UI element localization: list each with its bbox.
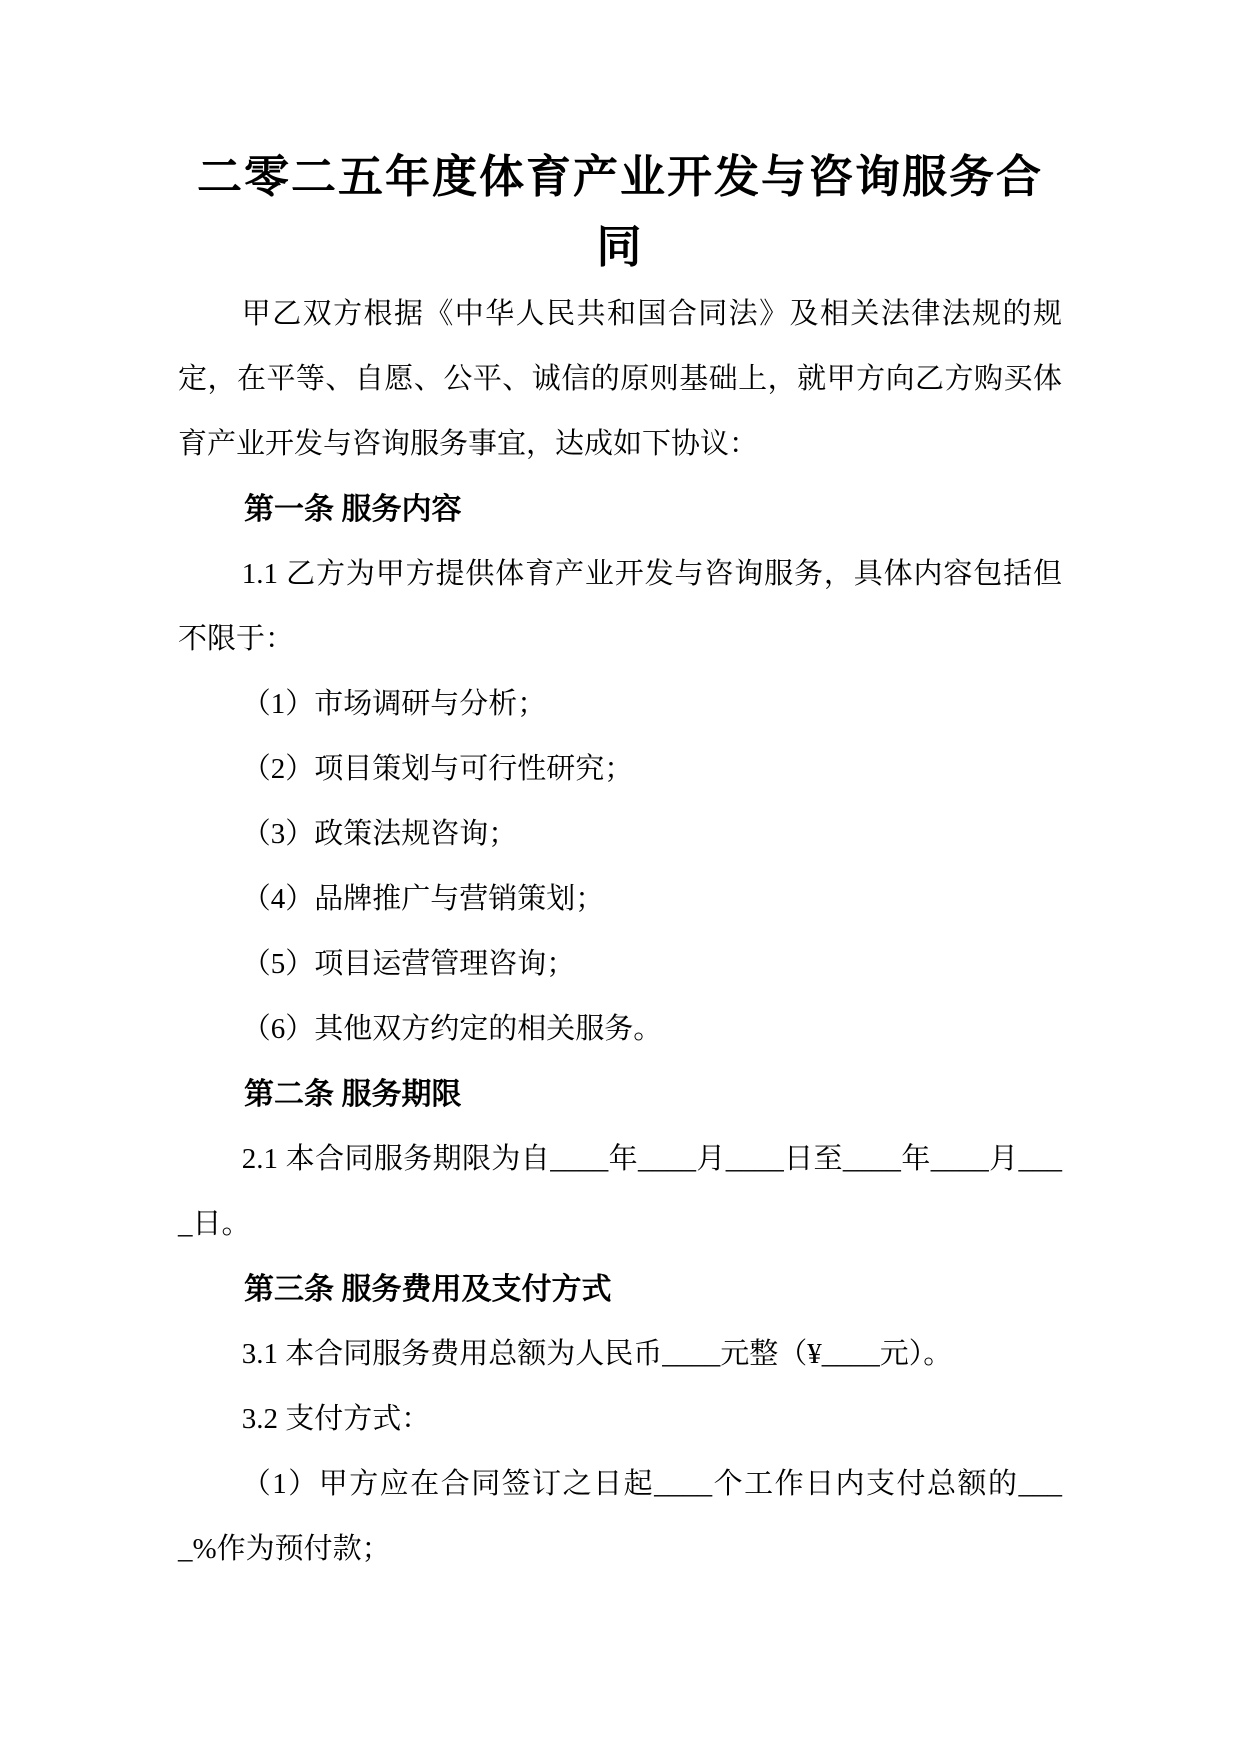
clause-3-1-paragraph: 3.1 本合同服务费用总额为人民币____元整（¥____元）。 bbox=[178, 1322, 1062, 1387]
service-list-item-5: （5）项目运营管理咨询； bbox=[178, 932, 1062, 997]
section-1-heading: 第一条 服务内容 bbox=[178, 477, 1062, 542]
service-list-item-6: （6）其他双方约定的相关服务。 bbox=[178, 997, 1062, 1062]
section-3-heading: 第三条 服务费用及支付方式 bbox=[178, 1257, 1062, 1322]
section-2-heading: 第二条 服务期限 bbox=[178, 1062, 1062, 1127]
intro-paragraph: 甲乙双方根据《中华人民共和国合同法》及相关法律法规的规定，在平等、自愿、公平、诚… bbox=[178, 282, 1062, 477]
document-title: 二零二五年度体育产业开发与咨询服务合同 bbox=[190, 142, 1050, 282]
contract-document-page: 二零二五年度体育产业开发与咨询服务合同 甲乙双方根据《中华人民共和国合同法》及相… bbox=[0, 0, 1240, 1753]
payment-term-item-1: （1）甲方应在合同签订之日起____个工作日内支付总额的____%作为预付款； bbox=[178, 1452, 1062, 1582]
clause-1-1-paragraph: 1.1 乙方为甲方提供体育产业开发与咨询服务，具体内容包括但不限于： bbox=[178, 542, 1062, 672]
clause-2-1-paragraph: 2.1 本合同服务期限为自____年____月____日至____年____月_… bbox=[178, 1127, 1062, 1257]
service-list-item-2: （2）项目策划与可行性研究； bbox=[178, 737, 1062, 802]
service-list-item-3: （3）政策法规咨询； bbox=[178, 802, 1062, 867]
service-list-item-4: （4）品牌推广与营销策划； bbox=[178, 867, 1062, 932]
service-list-item-1: （1）市场调研与分析； bbox=[178, 672, 1062, 737]
clause-3-2-paragraph: 3.2 支付方式： bbox=[178, 1387, 1062, 1452]
